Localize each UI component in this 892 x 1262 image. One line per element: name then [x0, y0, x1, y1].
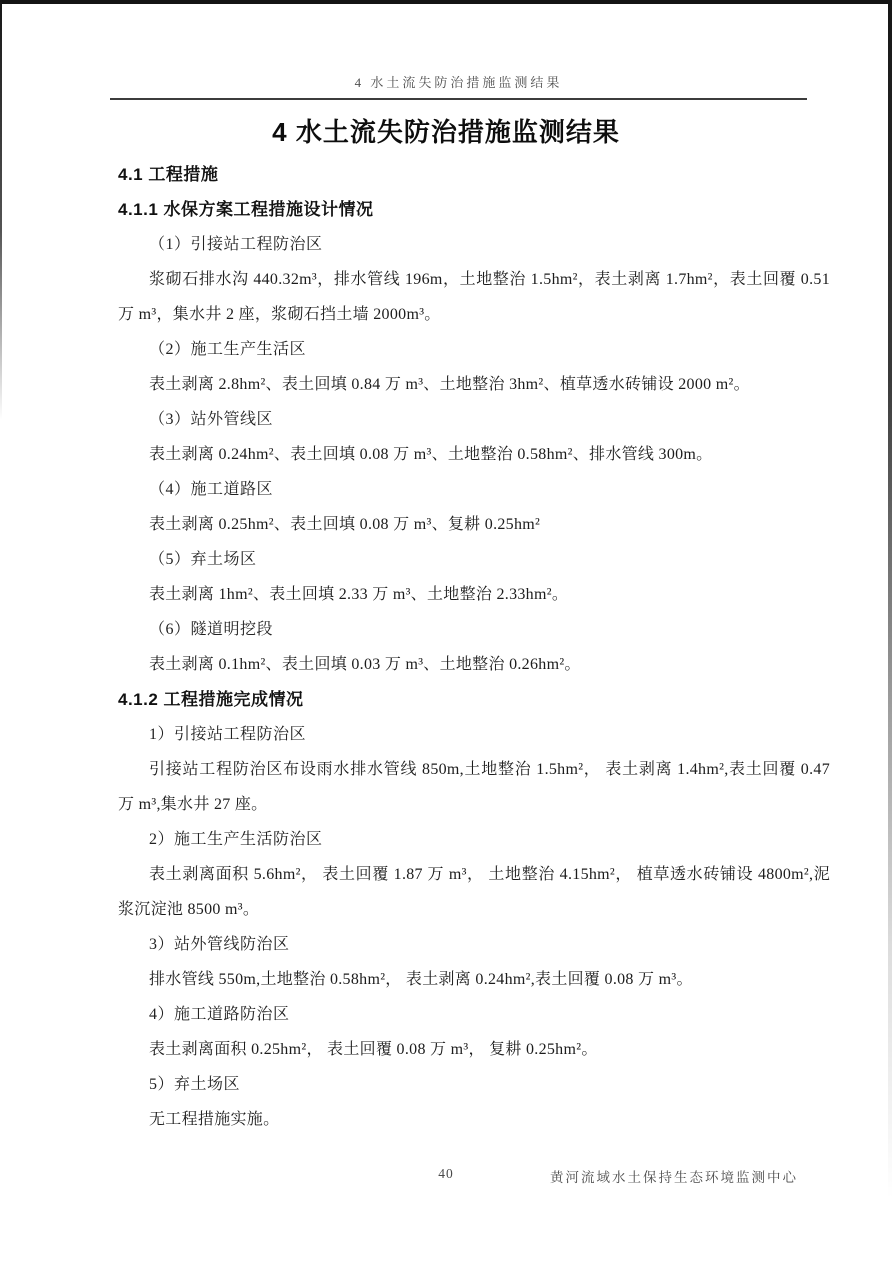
item-heading: 4）施工道路防治区 — [118, 997, 830, 1032]
paragraph: 表土剥离 0.1hm²、表土回填 0.03 万 m³、土地整治 0.26hm²。 — [118, 647, 830, 682]
item-heading: 1）引接站工程防治区 — [118, 717, 830, 752]
scan-edge-top — [0, 0, 892, 4]
paragraph: 表土剥离 0.25hm²、表土回填 0.08 万 m³、复耕 0.25hm² — [118, 507, 830, 542]
item-heading: （1）引接站工程防治区 — [118, 227, 830, 262]
running-header: 4 水土流失防治措施监测结果 — [110, 72, 807, 100]
footer-organization: 黄河流域水土保持生态环境监测中心 — [550, 1166, 798, 1186]
item-heading: （3）站外管线区 — [118, 402, 830, 437]
document-page: 4 水土流失防治措施监测结果 4 水土流失防治措施监测结果 4.1 工程措施4.… — [0, 0, 892, 1262]
section-heading: 4.1 工程措施 — [118, 157, 830, 192]
paragraph: 无工程措施实施。 — [118, 1102, 830, 1137]
chapter-title: 4 水土流失防治措施监测结果 — [0, 112, 892, 149]
paragraph: 表土剥离面积 5.6hm²， 表土回覆 1.87 万 m³， 土地整治 4.15… — [118, 857, 830, 927]
paragraph: 表土剥离 0.24hm²、表土回填 0.08 万 m³、土地整治 0.58hm²… — [118, 437, 830, 472]
item-heading: （5）弃土场区 — [118, 542, 830, 577]
paragraph: 排水管线 550m,土地整治 0.58hm²， 表土剥离 0.24hm²,表土回… — [118, 962, 830, 997]
scan-edge-right — [888, 0, 892, 1262]
paragraph: 浆砌石排水沟 440.32m³，排水管线 196m，土地整治 1.5hm²，表土… — [118, 262, 830, 332]
scan-edge-left — [0, 0, 2, 420]
subsection-heading: 4.1.1 水保方案工程措施设计情况 — [118, 192, 830, 227]
document-body: 4.1 工程措施4.1.1 水保方案工程措施设计情况（1）引接站工程防治区浆砌石… — [118, 157, 830, 1137]
paragraph: 表土剥离面积 0.25hm²， 表土回覆 0.08 万 m³， 复耕 0.25h… — [118, 1032, 830, 1067]
subsection-heading: 4.1.2 工程措施完成情况 — [118, 682, 830, 717]
item-heading: 3）站外管线防治区 — [118, 927, 830, 962]
item-heading: 5）弃土场区 — [118, 1067, 830, 1102]
item-heading: 2）施工生产生活防治区 — [118, 822, 830, 857]
paragraph: 引接站工程防治区布设雨水排水管线 850m,土地整治 1.5hm²， 表土剥离 … — [118, 752, 830, 822]
paragraph: 表土剥离 1hm²、表土回填 2.33 万 m³、土地整治 2.33hm²。 — [118, 577, 830, 612]
paragraph: 表土剥离 2.8hm²、表土回填 0.84 万 m³、土地整治 3hm²、植草透… — [118, 367, 830, 402]
page-footer: 40 黄河流域水土保持生态环境监测中心 — [0, 1166, 892, 1188]
item-heading: （6）隧道明挖段 — [118, 612, 830, 647]
item-heading: （4）施工道路区 — [118, 472, 830, 507]
item-heading: （2）施工生产生活区 — [118, 332, 830, 367]
